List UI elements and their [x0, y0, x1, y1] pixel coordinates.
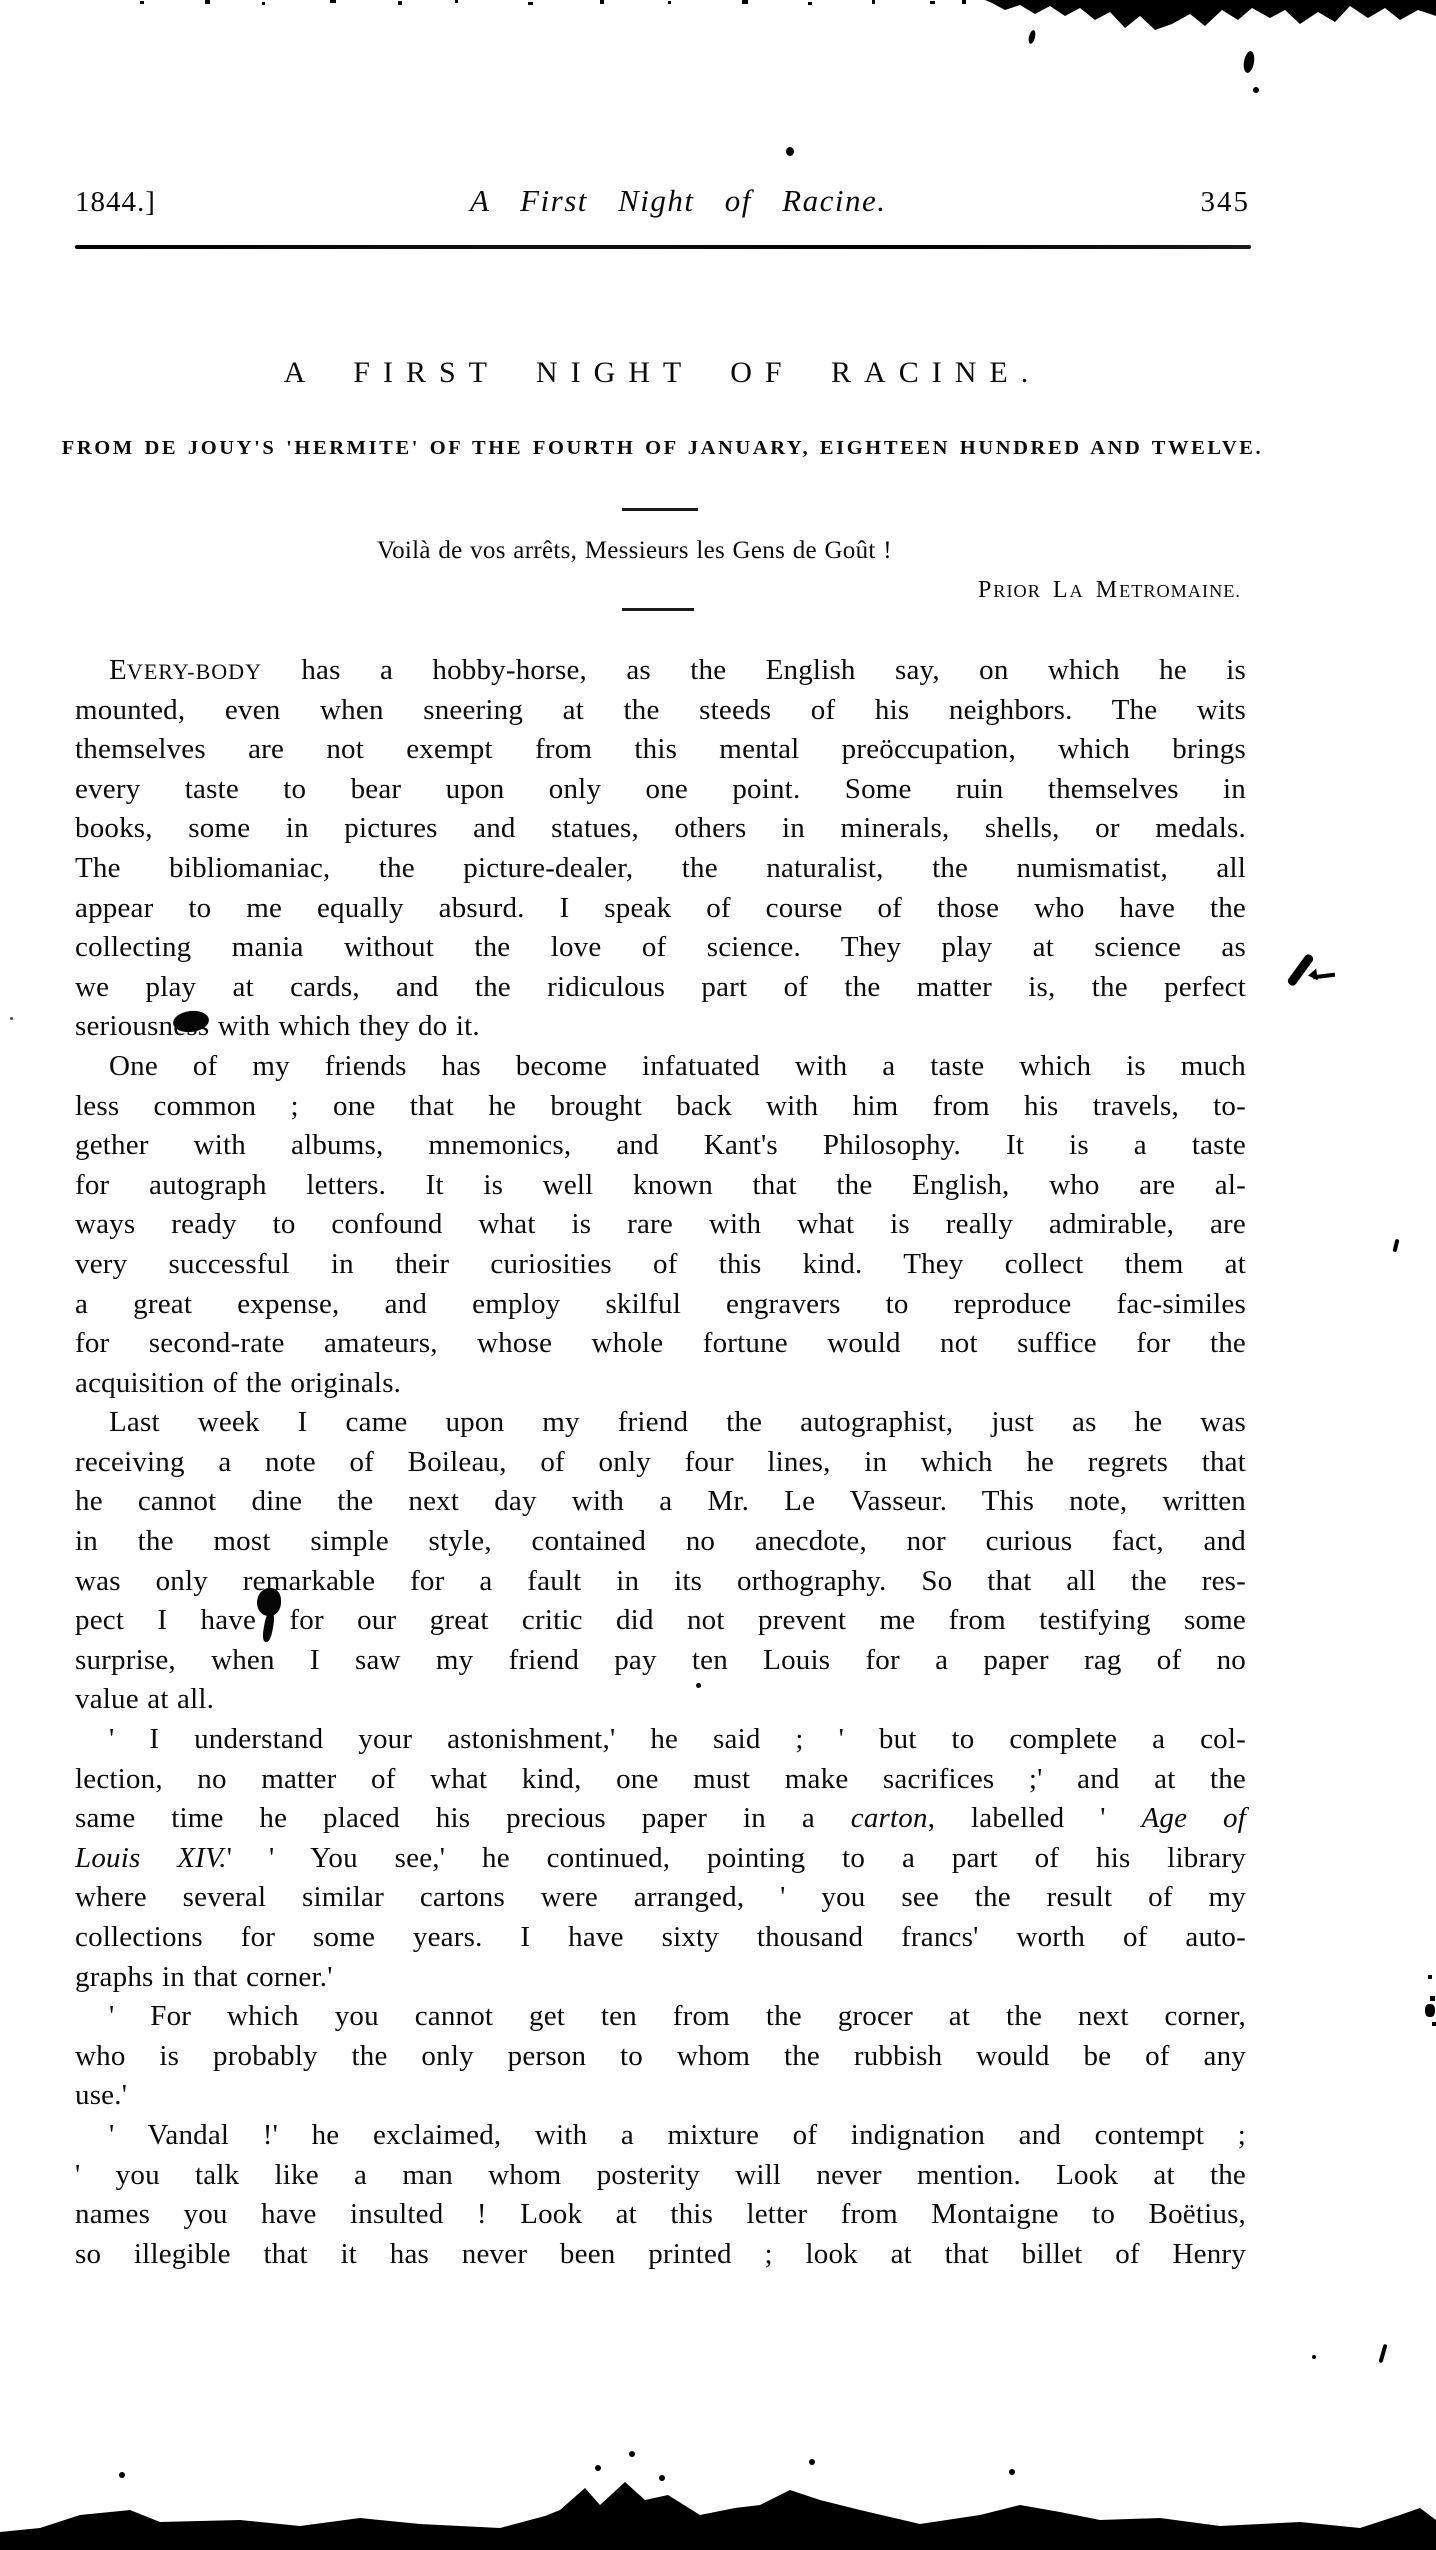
article-source-line: FROM DE JOUY'S 'HERMITE' OF THE FOURTH O…: [60, 437, 1265, 460]
epigraph-rule-top: [622, 508, 698, 511]
text-line: acquisition of the originals.: [75, 1364, 1246, 1404]
paragraph: ' I understand your astonishment,' he sa…: [75, 1720, 1246, 1997]
text-line: so illegible that it has never been prin…: [75, 2235, 1246, 2275]
text-line: ' For which you cannot get ten from the …: [75, 1997, 1246, 2037]
text-line: The bibliomaniac, the picture-dealer, th…: [75, 849, 1246, 889]
text-line: Every-body has a hobby-horse, as the Eng…: [75, 651, 1246, 691]
text-line: same time he placed his precious paper i…: [75, 1799, 1246, 1839]
paragraph: One of my friends has become infatuated …: [75, 1047, 1246, 1403]
epigraph-quote: Voilà de vos arrêts, Messieurs les Gens …: [377, 537, 892, 565]
header-title: A First Night of Racine.: [470, 183, 887, 219]
text-line: One of my friends has become infatuated …: [75, 1047, 1246, 1087]
text-line: a great expense, and employ skilful engr…: [75, 1285, 1246, 1325]
text-line: receiving a note of Boileau, of only fou…: [75, 1443, 1246, 1483]
text-line: he cannot dine the next day with a Mr. L…: [75, 1482, 1246, 1522]
margin-mark: [1378, 2344, 1387, 2363]
text-line: ways ready to confound what is rare with…: [75, 1205, 1246, 1245]
pencil-mark-arrow: [1313, 973, 1335, 980]
page-scan: 1844.] A First Night of Racine. 345 A FI…: [0, 0, 1436, 2550]
text-line: very successful in their curiosities of …: [75, 1245, 1246, 1285]
header-year: 1844.]: [75, 186, 156, 219]
text-line: Louis XIV.' ' You see,' he continued, po…: [75, 1839, 1246, 1879]
text-line: for autograph letters. It is well known …: [75, 1166, 1246, 1206]
text-line: for second-rate amateurs, whose whole fo…: [75, 1324, 1246, 1364]
scan-noise-bottom: [0, 2440, 1436, 2550]
paragraph: ' Vandal !' he exclaimed, with a mixture…: [75, 2116, 1246, 2274]
text-line: ' Vandal !' he exclaimed, with a mixture…: [75, 2116, 1246, 2156]
text-line: every taste to bear upon only one point.…: [75, 770, 1246, 810]
scan-speck: [786, 147, 794, 156]
paragraph: ' For which you cannot get ten from the …: [75, 1997, 1246, 2116]
epigraph-attribution: Prior La Metromaine.: [978, 577, 1241, 604]
running-header: 1844.] A First Night of Racine. 345: [75, 183, 1250, 219]
pencil-mark: [1286, 953, 1314, 987]
scan-speck: [10, 1017, 13, 1020]
text-line: names you have insulted ! Look at this l…: [75, 2195, 1246, 2235]
text-line: where several similar cartons were arran…: [75, 1878, 1246, 1918]
text-line: graphs in that corner.': [75, 1958, 1246, 1998]
text-line: value at all.: [75, 1680, 1246, 1720]
margin-mark: [1392, 1239, 1399, 1253]
text-line: we play at cards, and the ridiculous par…: [75, 968, 1246, 1008]
pencil-mark-arrow-head: [1307, 968, 1317, 981]
scan-noise-top: [0, 0, 1436, 110]
text-line: books, some in pictures and statues, oth…: [75, 809, 1246, 849]
text-line: collecting mania without the love of sci…: [75, 928, 1246, 968]
epigraph-rule-bottom: [622, 608, 694, 611]
header-page-number: 345: [1200, 186, 1250, 219]
text-line: mounted, even when sneering at the steed…: [75, 691, 1246, 731]
paragraph: Last week I came upon my friend the auto…: [75, 1403, 1246, 1720]
text-line: in the most simple style, contained no a…: [75, 1522, 1246, 1562]
article-body: Every-body has a hobby-horse, as the Eng…: [75, 651, 1246, 2274]
paragraph: Every-body has a hobby-horse, as the Eng…: [75, 651, 1246, 1047]
text-line: appear to me equally absurd. I speak of …: [75, 889, 1246, 929]
text-line: pect I have for our great critic did not…: [75, 1601, 1246, 1641]
text-line: ' you talk like a man whom posterity wil…: [75, 2156, 1246, 2196]
text-line: less common ; one that he brought back w…: [75, 1087, 1246, 1127]
text-line: collections for some years. I have sixty…: [75, 1918, 1246, 1958]
text-line: surprise, when I saw my friend pay ten L…: [75, 1641, 1246, 1681]
text-line: Last week I came upon my friend the auto…: [75, 1403, 1246, 1443]
text-line: seriousness with which they do it.: [75, 1007, 1246, 1047]
header-rule: [75, 245, 1251, 249]
text-line: themselves are not exempt from this ment…: [75, 730, 1246, 770]
scan-speck: [1312, 2355, 1316, 2359]
text-line: gether with albums, mnemonics, and Kant'…: [75, 1126, 1246, 1166]
text-line: lection, no matter of what kind, one mus…: [75, 1760, 1246, 1800]
text-line: who is probably the only person to whom …: [75, 2037, 1246, 2077]
article-title: A FIRST NIGHT OF RACINE.: [75, 356, 1250, 390]
text-line: was only remarkable for a fault in its o…: [75, 1562, 1246, 1602]
text-line: ' I understand your astonishment,' he sa…: [75, 1720, 1246, 1760]
text-line: use.': [75, 2076, 1246, 2116]
